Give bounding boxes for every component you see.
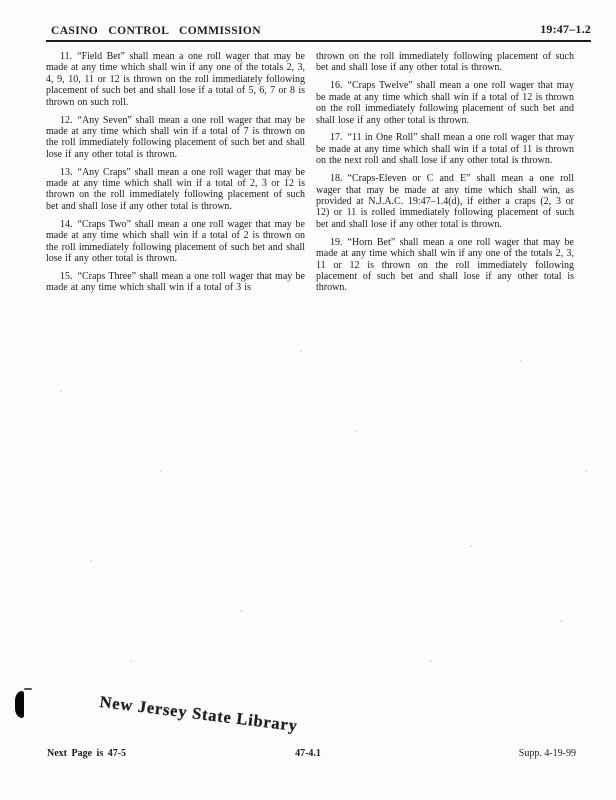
scan-speck <box>130 660 132 662</box>
scan-speck <box>585 470 587 472</box>
scan-speck <box>520 360 522 362</box>
page-header: CASINO CONTROL COMMISSION 19:47–1.2 <box>46 22 591 42</box>
scan-speck <box>355 430 357 432</box>
scan-speck <box>60 390 62 392</box>
scan-speck <box>560 620 562 622</box>
library-stamp: New Jersey State Library <box>99 692 299 736</box>
column-left: 11. “Field Bet” shall mean a one roll wa… <box>46 51 305 300</box>
scan-artifact-blob <box>15 691 24 718</box>
paragraph-17-eleven-in-one-roll: 17. “11 in One Roll” shall mean a one ro… <box>316 132 574 166</box>
scan-speck <box>240 610 242 612</box>
header-agency-title: CASINO CONTROL COMMISSION <box>46 25 261 37</box>
paragraph-12-any-seven: 12. “Any Seven” shall mean a one roll wa… <box>46 115 305 161</box>
column-right: thrown on the roll immediately following… <box>316 51 574 300</box>
paragraph-15-continuation: thrown on the roll immediately following… <box>316 51 574 74</box>
paragraph-18-craps-eleven-c-and-e: 18. “Craps-Eleven or C and E” shall mean… <box>316 173 574 230</box>
scan-speck <box>430 660 432 662</box>
scan-artifact-dash <box>24 688 32 690</box>
paragraph-15-craps-three: 15. “Craps Three” shall mean a one roll … <box>46 271 305 294</box>
scan-speck <box>470 545 472 547</box>
scan-speck <box>160 470 162 472</box>
paragraph-13-any-craps: 13. “Any Craps” shall mean a one roll wa… <box>46 167 305 213</box>
scan-speck <box>300 350 302 352</box>
paragraph-19-horn-bet: 19. “Horn Bet” shall mean a one roll wag… <box>316 237 574 294</box>
paragraph-16-craps-twelve: 16. “Craps Twelve” shall mean a one roll… <box>316 80 574 126</box>
header-section-number: 19:47–1.2 <box>540 22 591 37</box>
paragraph-14-craps-two: 14. “Craps Two” shall mean a one roll wa… <box>46 219 305 265</box>
footer-supplement-date: Supp. 4-19-99 <box>519 748 576 759</box>
scan-speck <box>90 560 92 562</box>
document-page: CASINO CONTROL COMMISSION 19:47–1.2 11. … <box>0 0 616 800</box>
paragraph-11-field-bet: 11. “Field Bet” shall mean a one roll wa… <box>46 51 305 108</box>
